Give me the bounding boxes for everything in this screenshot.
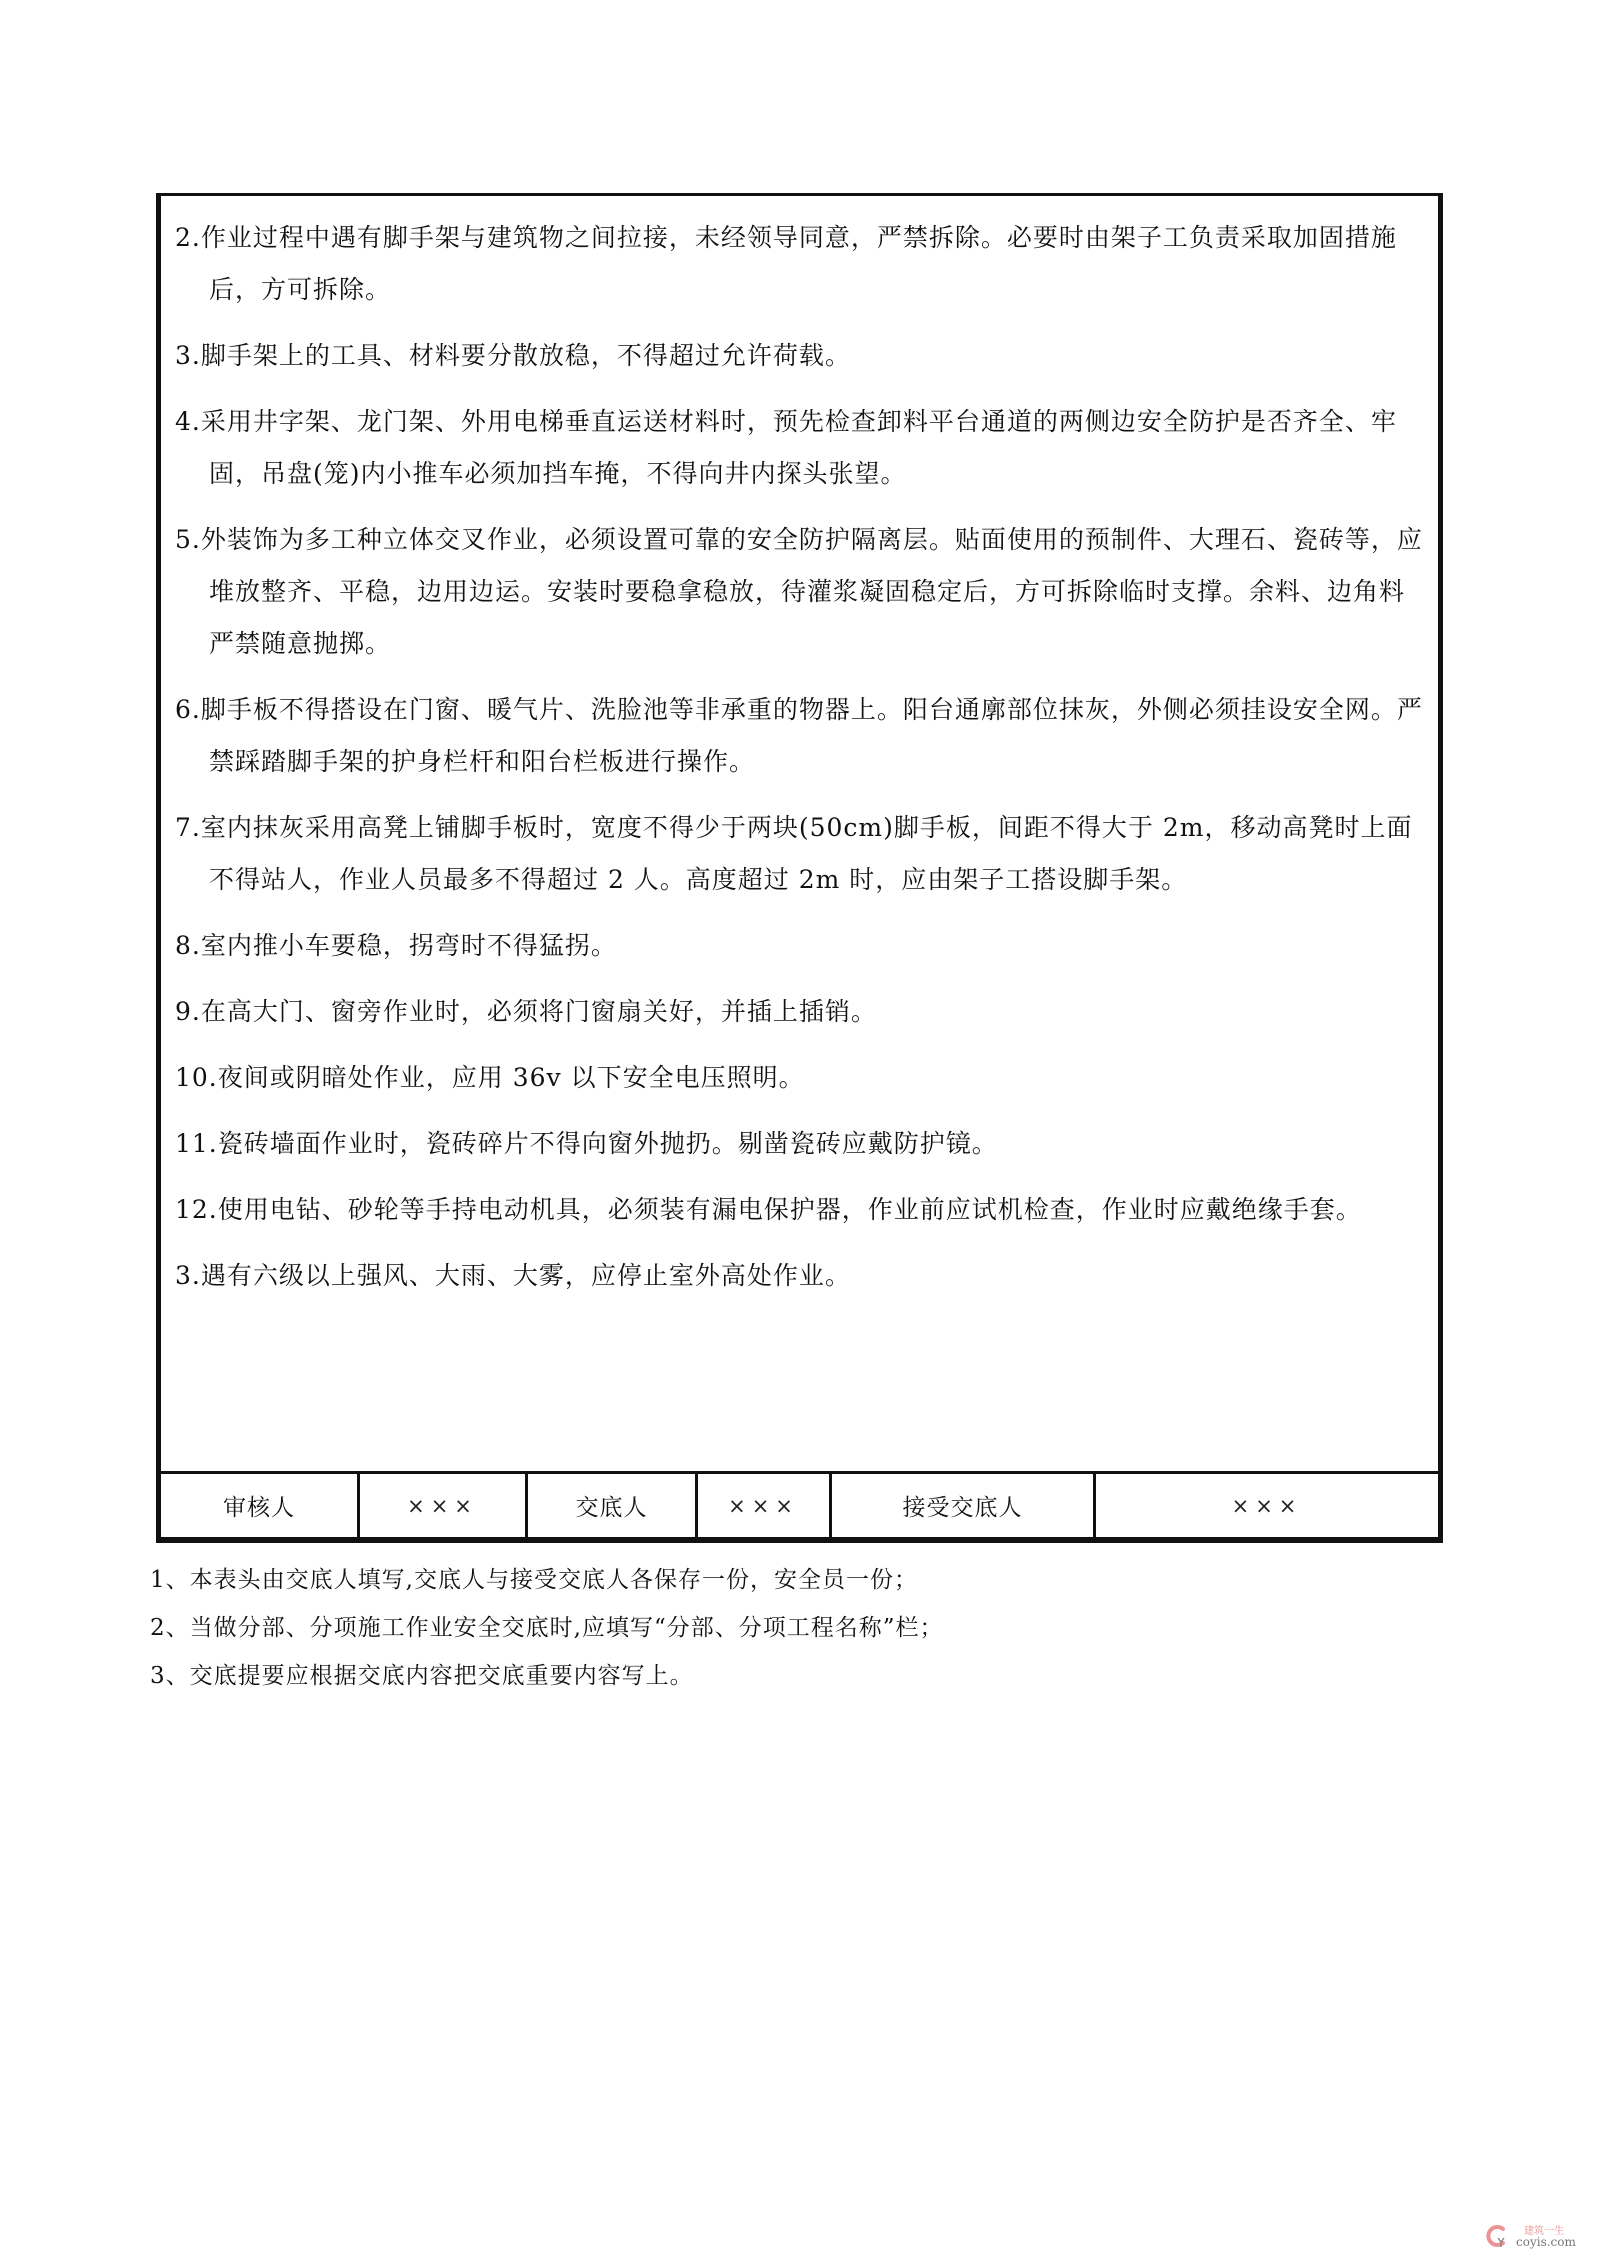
briefing-content-cell: 2.作业过程中遇有脚手架与建筑物之间拉接，未经领导同意，严禁拆除。必要时由架子工… — [161, 196, 1438, 1474]
note-item: 3、交底提要应根据交底内容把交底重要内容写上。 — [150, 1652, 1450, 1700]
document-page: 2.作业过程中遇有脚手架与建筑物之间拉接，未经领导同意，严禁拆除。必要时由架子工… — [0, 0, 1600, 2262]
briefing-item: 3.脚手架上的工具、材料要分散放稳，不得超过允许荷载。 — [175, 330, 1424, 382]
briefing-item: 12.使用电钻、砂轮等手持电动机具，必须装有漏电保护器，作业前应试机检查，作业时… — [175, 1184, 1424, 1236]
presenter-value: ××× — [698, 1474, 832, 1537]
briefing-item: 9.在高大门、窗旁作业时，必须将门窗扇关好，并插上插销。 — [175, 986, 1424, 1038]
briefing-item: 11.瓷砖墙面作业时，瓷砖碎片不得向窗外抛扔。剔凿瓷砖应戴防护镜。 — [175, 1118, 1424, 1170]
cy-logo-icon — [1486, 2224, 1510, 2248]
reviewer-value: ××× — [360, 1474, 528, 1537]
briefing-item: 8.室内推小车要稳，拐弯时不得猛拐。 — [175, 920, 1424, 972]
reviewer-label: 审核人 — [161, 1474, 360, 1537]
table-notes: 1、本表头由交底人填写,交底人与接受交底人各保存一份，安全员一份； 2、当做分部… — [150, 1556, 1450, 1700]
briefing-item: 4.采用井字架、龙门架、外用电梯垂直运送材料时，预先检查卸料平台通道的两侧边安全… — [175, 396, 1424, 500]
briefing-item: 3.遇有六级以上强风、大雨、大雾，应停止室外高处作业。 — [175, 1250, 1424, 1302]
safety-briefing-table: 2.作业过程中遇有脚手架与建筑物之间拉接，未经领导同意，严禁拆除。必要时由架子工… — [156, 193, 1443, 1543]
watermark-domain-text: coyis.com — [1516, 2235, 1576, 2249]
briefing-item: 7.室内抹灰采用高凳上铺脚手板时，宽度不得少于两块(50cm)脚手板，间距不得大… — [175, 802, 1424, 906]
briefing-item: 5.外装饰为多工种立体交叉作业，必须设置可靠的安全防护隔离层。贴面使用的预制件、… — [175, 514, 1424, 670]
note-item: 2、当做分部、分项施工作业安全交底时,应填写“分部、分项工程名称”栏； — [150, 1604, 1450, 1652]
presenter-label: 交底人 — [528, 1474, 698, 1537]
briefing-item: 10.夜间或阴暗处作业，应用 36v 以下安全电压照明。 — [175, 1052, 1424, 1104]
briefing-item: 2.作业过程中遇有脚手架与建筑物之间拉接，未经领导同意，严禁拆除。必要时由架子工… — [175, 212, 1424, 316]
signature-row: 审核人 ××× 交底人 ××× 接受交底人 ××× — [161, 1474, 1438, 1537]
receiver-value: ××× — [1096, 1474, 1438, 1537]
receiver-label: 接受交底人 — [832, 1474, 1096, 1537]
briefing-item: 6.脚手板不得搭设在门窗、暖气片、洗脸池等非承重的物器上。阳台通廓部位抹灰，外侧… — [175, 684, 1424, 788]
note-item: 1、本表头由交底人填写,交底人与接受交底人各保存一份，安全员一份； — [150, 1556, 1450, 1604]
watermark: 建筑一生 coyis.com — [1486, 2218, 1586, 2254]
